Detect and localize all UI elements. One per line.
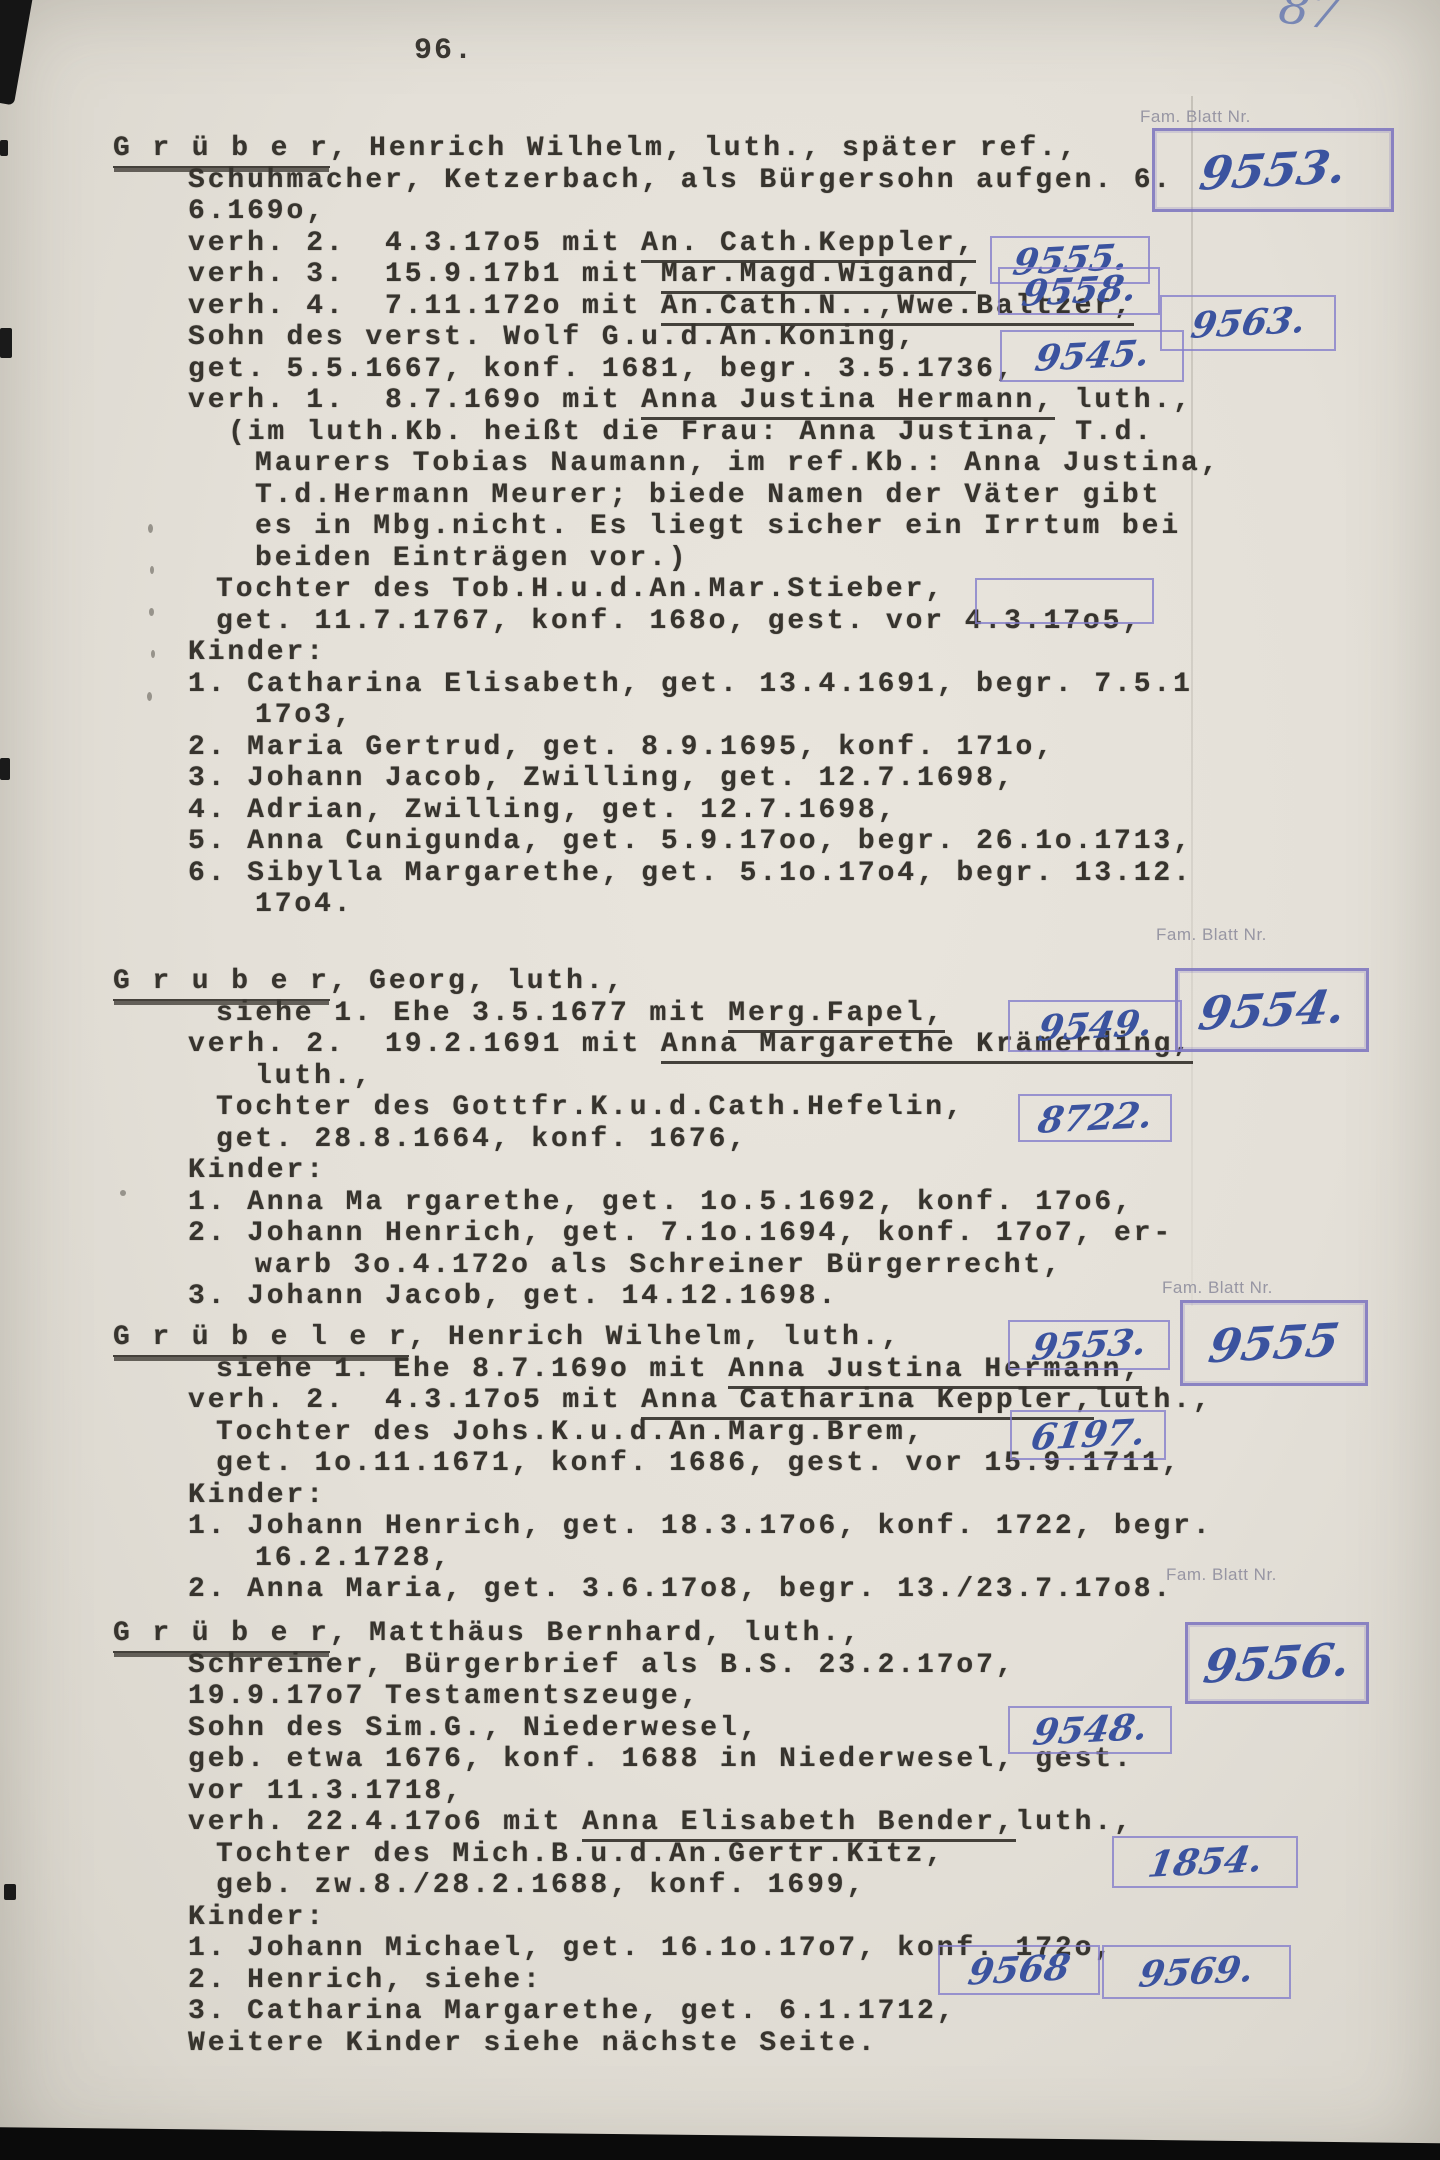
ref-number-box: 9549. — [1008, 1000, 1182, 1052]
line-text: siehe 1. Ehe 3.5.1677 mit — [216, 998, 728, 1029]
line-text: Kinder: — [188, 637, 326, 668]
scan-edge-artifact — [0, 758, 10, 780]
line-text: Schreiner, Bürgerbrief als B.S. 23.2.17o… — [188, 1650, 1016, 1681]
line-text: verh. 4. 7.11.172o mit — [188, 291, 661, 322]
fam-blatt-nr-label: Fam. Blatt Nr. — [1166, 1565, 1277, 1585]
scan-edge-artifact — [0, 0, 34, 105]
handwritten-number: 9569. — [1136, 1948, 1257, 1996]
line-text: luth., — [1016, 1807, 1134, 1838]
line-text: warb 3o.4.172o als Schreiner Bürgerrecht… — [255, 1250, 1063, 1281]
ref-number-box: 8722. — [1018, 1094, 1172, 1142]
line-text: 3. Johann Jacob, get. 14.12.1698. — [188, 1281, 838, 1312]
text-line: verh. 1. 8.7.169o mit Anna Justina Herma… — [113, 385, 1220, 417]
underlined-name: G r u b e r — [113, 966, 330, 1001]
text-line: 5. Anna Cunigunda, get. 5.9.17oo, begr. … — [113, 826, 1220, 858]
text-line: (im luth.Kb. heißt die Frau: Anna Justin… — [113, 417, 1220, 449]
handwritten-number: 9553. — [1196, 139, 1350, 200]
line-text: , Matthäus Bernhard, luth., — [330, 1618, 862, 1649]
text-line: 17o4. — [113, 889, 1220, 921]
text-line: Kinder: — [113, 637, 1220, 669]
line-text: geb. zw.8./28.2.1688, konf. 1699, — [216, 1870, 866, 1901]
line-text: verh. 2. 4.3.17o5 mit — [188, 1385, 641, 1416]
text-line: 6. Sibylla Margarethe, get. 5.1o.17o4, b… — [113, 858, 1220, 890]
text-line: 16.2.1728, — [113, 1543, 1213, 1575]
handwritten-number: 9553. — [1029, 1321, 1150, 1369]
text-line: es in Mbg.nicht. Es liegt sicher ein Irr… — [113, 511, 1220, 543]
line-text: get. 28.8.1664, konf. 1676, — [216, 1124, 748, 1155]
line-text: verh. 2. 4.3.17o5 mit — [188, 228, 641, 259]
ref-number-box: 9553. — [1008, 1320, 1170, 1370]
text-line: 17o3, — [113, 700, 1220, 732]
text-line: Schuhmacher, Ketzerbach, als Bürgersohn … — [113, 165, 1220, 197]
ref-number-box: 9545. — [1000, 330, 1184, 382]
line-text: , Georg, luth., — [330, 966, 626, 997]
line-text: Kinder: — [188, 1155, 326, 1186]
text-line: 3. Catharina Margarethe, get. 6.1.1712, — [113, 1996, 1134, 2028]
line-text: Schuhmacher, Ketzerbach, als Bürgersohn … — [188, 165, 1173, 196]
line-text: Tochter des Mich.B.u.d.An.Gertr.Kitz, — [216, 1839, 945, 1870]
text-line: T.d.Hermann Meurer; biede Namen der Väte… — [113, 480, 1220, 512]
text-line: G r u b e r, Georg, luth., — [113, 966, 1193, 998]
text-line: 2. Johann Henrich, get. 7.1o.1694, konf.… — [113, 1218, 1193, 1250]
text-line: 2. Anna Maria, get. 3.6.17o8, begr. 13./… — [113, 1574, 1213, 1606]
text-line: Sohn des Sim.G., Niederwesel, — [113, 1713, 1134, 1745]
line-text: , Henrich Wilhelm, luth., — [409, 1322, 902, 1353]
text-line: luth., — [113, 1061, 1193, 1093]
scan-edge-artifact — [0, 328, 12, 358]
handwritten-number: 9554. — [1195, 979, 1349, 1040]
line-text: Maurers Tobias Naumann, im ref.Kb.: Anna… — [255, 448, 1220, 479]
text-line: warb 3o.4.172o als Schreiner Bürgerrecht… — [113, 1250, 1193, 1282]
handwritten-number: 8722. — [1035, 1094, 1156, 1142]
text-line: 19.9.17o7 Testamentszeuge, — [113, 1681, 1134, 1713]
line-text: verh. 3. 15.9.17b1 mit — [188, 259, 661, 290]
underlined-name: Merg.Fapel, — [728, 998, 945, 1033]
fam-blatt-nr-label: Fam. Blatt Nr. — [1162, 1278, 1273, 1298]
text-line: Tochter des Mich.B.u.d.An.Gertr.Kitz, — [113, 1839, 1134, 1871]
line-text: Tochter des Tob.H.u.d.An.Mar.Stieber, — [216, 574, 945, 605]
ref-number-box: 9568 — [938, 1945, 1100, 1995]
underlined-name: G r ü b e r — [113, 1618, 330, 1653]
line-text: siehe 1. Ehe 8.7.169o mit — [216, 1354, 728, 1385]
page-number: 96. — [414, 34, 474, 68]
line-text: 17o3, — [255, 700, 354, 731]
ref-number-box: 6197. — [1010, 1410, 1166, 1460]
line-text: luth., — [255, 1061, 373, 1092]
text-line: 4. Adrian, Zwilling, get. 12.7.1698, — [113, 795, 1220, 827]
underlined-name: Anna Elisabeth Bender, — [582, 1807, 1015, 1842]
handwritten-number: 9549. — [1035, 1002, 1156, 1050]
fam-blatt-nr-label: Fam. Blatt Nr. — [1156, 925, 1267, 945]
ref-number-box: 9563. — [1160, 295, 1336, 351]
handwritten-number: 6197. — [1028, 1411, 1149, 1459]
handwritten-number: 9548. — [1030, 1706, 1151, 1754]
handwritten-number: 9568 — [965, 1946, 1073, 1993]
line-text: Tochter des Johs.K.u.d.An.Marg.Brem, — [216, 1417, 925, 1448]
text-line: 6.169o, — [113, 196, 1220, 228]
line-text: , Henrich Wilhelm, luth., später ref., — [330, 133, 1079, 164]
line-text: 1. Anna Ma rgarethe, get. 1o.5.1692, kon… — [188, 1187, 1134, 1218]
text-line: 1. Anna Ma rgarethe, get. 1o.5.1692, kon… — [113, 1187, 1193, 1219]
line-text: verh. 22.4.17o6 mit — [188, 1807, 582, 1838]
scan-edge-artifact — [0, 2120, 1440, 2160]
line-text: Tochter des Gottfr.K.u.d.Cath.Hefelin, — [216, 1092, 965, 1123]
line-text: luth., — [1055, 385, 1193, 416]
fam-blatt-stamp-box: 9553. — [1152, 128, 1394, 212]
text-line: 3. Johann Jacob, get. 14.12.1698. — [113, 1281, 1193, 1313]
handwritten-number: 9558. — [1019, 267, 1140, 315]
text-line: 3. Johann Jacob, Zwilling, get. 12.7.169… — [113, 763, 1220, 795]
text-line: verh. 22.4.17o6 mit Anna Elisabeth Bende… — [113, 1807, 1134, 1839]
text-line: G r ü b e r, Henrich Wilhelm, luth., spä… — [113, 133, 1220, 165]
fam-blatt-nr-label: Fam. Blatt Nr. — [1140, 107, 1251, 127]
fam-blatt-stamp-box: 9555 — [1180, 1300, 1368, 1386]
line-text: 1. Johann Henrich, get. 18.3.17o6, konf.… — [188, 1511, 1213, 1542]
scanned-document-page: 96. 87 G r ü b e r, Henrich Wilhelm, lut… — [0, 0, 1440, 2160]
text-line: 1. Catharina Elisabeth, get. 13.4.1691, … — [113, 669, 1220, 701]
line-text: geb. etwa 1676, konf. 1688 in Niederwese… — [188, 1744, 1134, 1775]
line-text: 4. Adrian, Zwilling, get. 12.7.1698, — [188, 795, 897, 826]
fam-blatt-stamp-box: 9556. — [1185, 1622, 1369, 1704]
ref-number-box: 9558. — [998, 267, 1160, 315]
line-text: 19.9.17o7 Testamentszeuge, — [188, 1681, 700, 1712]
line-text: get. 5.5.1667, konf. 1681, begr. 3.5.173… — [188, 354, 1016, 385]
handwritten-number: 9555 — [1205, 1313, 1343, 1374]
handwritten-number: 9563. — [1188, 299, 1309, 347]
text-line: beiden Einträgen vor.) — [113, 543, 1220, 575]
line-text: 3. Catharina Margarethe, get. 6.1.1712, — [188, 1996, 956, 2027]
line-text: Kinder: — [188, 1480, 326, 1511]
line-text: Weitere Kinder siehe nächste Seite. — [188, 2028, 878, 2059]
line-text: 3. Johann Jacob, Zwilling, get. 12.7.169… — [188, 763, 1016, 794]
line-text: beiden Einträgen vor.) — [255, 543, 688, 574]
line-text: vor 11.3.1718, — [188, 1776, 464, 1807]
ref-number-box: 1854. — [1112, 1836, 1298, 1888]
text-line: G r ü b e r, Matthäus Bernhard, luth., — [113, 1618, 1134, 1650]
text-line: vor 11.3.1718, — [113, 1776, 1134, 1808]
handwritten-number: 9556. — [1200, 1632, 1354, 1693]
handwritten-corner-note: 87 — [1275, 0, 1343, 42]
text-line: Kinder: — [113, 1155, 1193, 1187]
line-text: 2. Anna Maria, get. 3.6.17o8, begr. 13./… — [188, 1574, 1173, 1605]
underlined-name: An. Cath.Keppler, — [641, 228, 976, 263]
line-text: Sohn des verst. Wolf G.u.d.An.Koning, — [188, 322, 917, 353]
text-line: Kinder: — [113, 1480, 1213, 1512]
line-text: 2. Henrich, siehe: — [188, 1965, 543, 1996]
line-text: Sohn des Sim.G., Niederwesel, — [188, 1713, 759, 1744]
text-line: Schreiner, Bürgerbrief als B.S. 23.2.17o… — [113, 1650, 1134, 1682]
text-line: geb. etwa 1676, konf. 1688 in Niederwese… — [113, 1744, 1134, 1776]
line-text: (im luth.Kb. heißt die Frau: Anna Justin… — [228, 417, 1154, 448]
line-text: verh. 2. 19.2.1691 mit — [188, 1029, 661, 1060]
line-text: 2. Maria Gertrud, get. 8.9.1695, konf. 1… — [188, 732, 1055, 763]
text-line: 1. Johann Henrich, get. 18.3.17o6, konf.… — [113, 1511, 1213, 1543]
text-line: Weitere Kinder siehe nächste Seite. — [113, 2028, 1134, 2060]
ref-number-box: 9548. — [1008, 1706, 1172, 1754]
line-text: 16.2.1728, — [255, 1543, 452, 1574]
line-text: verh. 1. 8.7.169o mit — [188, 385, 641, 416]
line-text: 6.169o, — [188, 196, 326, 227]
line-text: 1. Catharina Elisabeth, get. 13.4.1691, … — [188, 669, 1193, 700]
line-text: 17o4. — [255, 889, 354, 920]
underlined-name: G r ü b e l e r — [113, 1322, 409, 1357]
fam-blatt-stamp-box: 9554. — [1175, 968, 1369, 1052]
underlined-name: Mar.Magd.Wigand, — [661, 259, 976, 294]
line-text: es in Mbg.nicht. Es liegt sicher ein Irr… — [255, 511, 1181, 542]
text-line: 2. Maria Gertrud, get. 8.9.1695, konf. 1… — [113, 732, 1220, 764]
line-text: Kinder: — [188, 1902, 326, 1933]
ref-number-box: 9569. — [1102, 1945, 1291, 1999]
underlined-name: Anna Justina Hermann, — [641, 385, 1055, 420]
line-text: 6. Sibylla Margarethe, get. 5.1o.17o4, b… — [188, 858, 1193, 889]
handwritten-number: 1854. — [1145, 1838, 1266, 1886]
text-line: geb. zw.8./28.2.1688, konf. 1699, — [113, 1870, 1134, 1902]
line-text: T.d.Hermann Meurer; biede Namen der Väte… — [255, 480, 1161, 511]
underlined-name: G r ü b e r — [113, 133, 330, 168]
text-line: Kinder: — [113, 1902, 1134, 1934]
text-line: Maurers Tobias Naumann, im ref.Kb.: Anna… — [113, 448, 1220, 480]
ref-number-box-empty — [975, 578, 1154, 624]
line-text: 5. Anna Cunigunda, get. 5.9.17oo, begr. … — [188, 826, 1193, 857]
scan-edge-artifact — [0, 140, 8, 156]
line-text: 2. Johann Henrich, get. 7.1o.1694, konf.… — [188, 1218, 1173, 1249]
handwritten-number: 9545. — [1032, 332, 1153, 380]
scan-edge-artifact — [4, 1884, 16, 1900]
